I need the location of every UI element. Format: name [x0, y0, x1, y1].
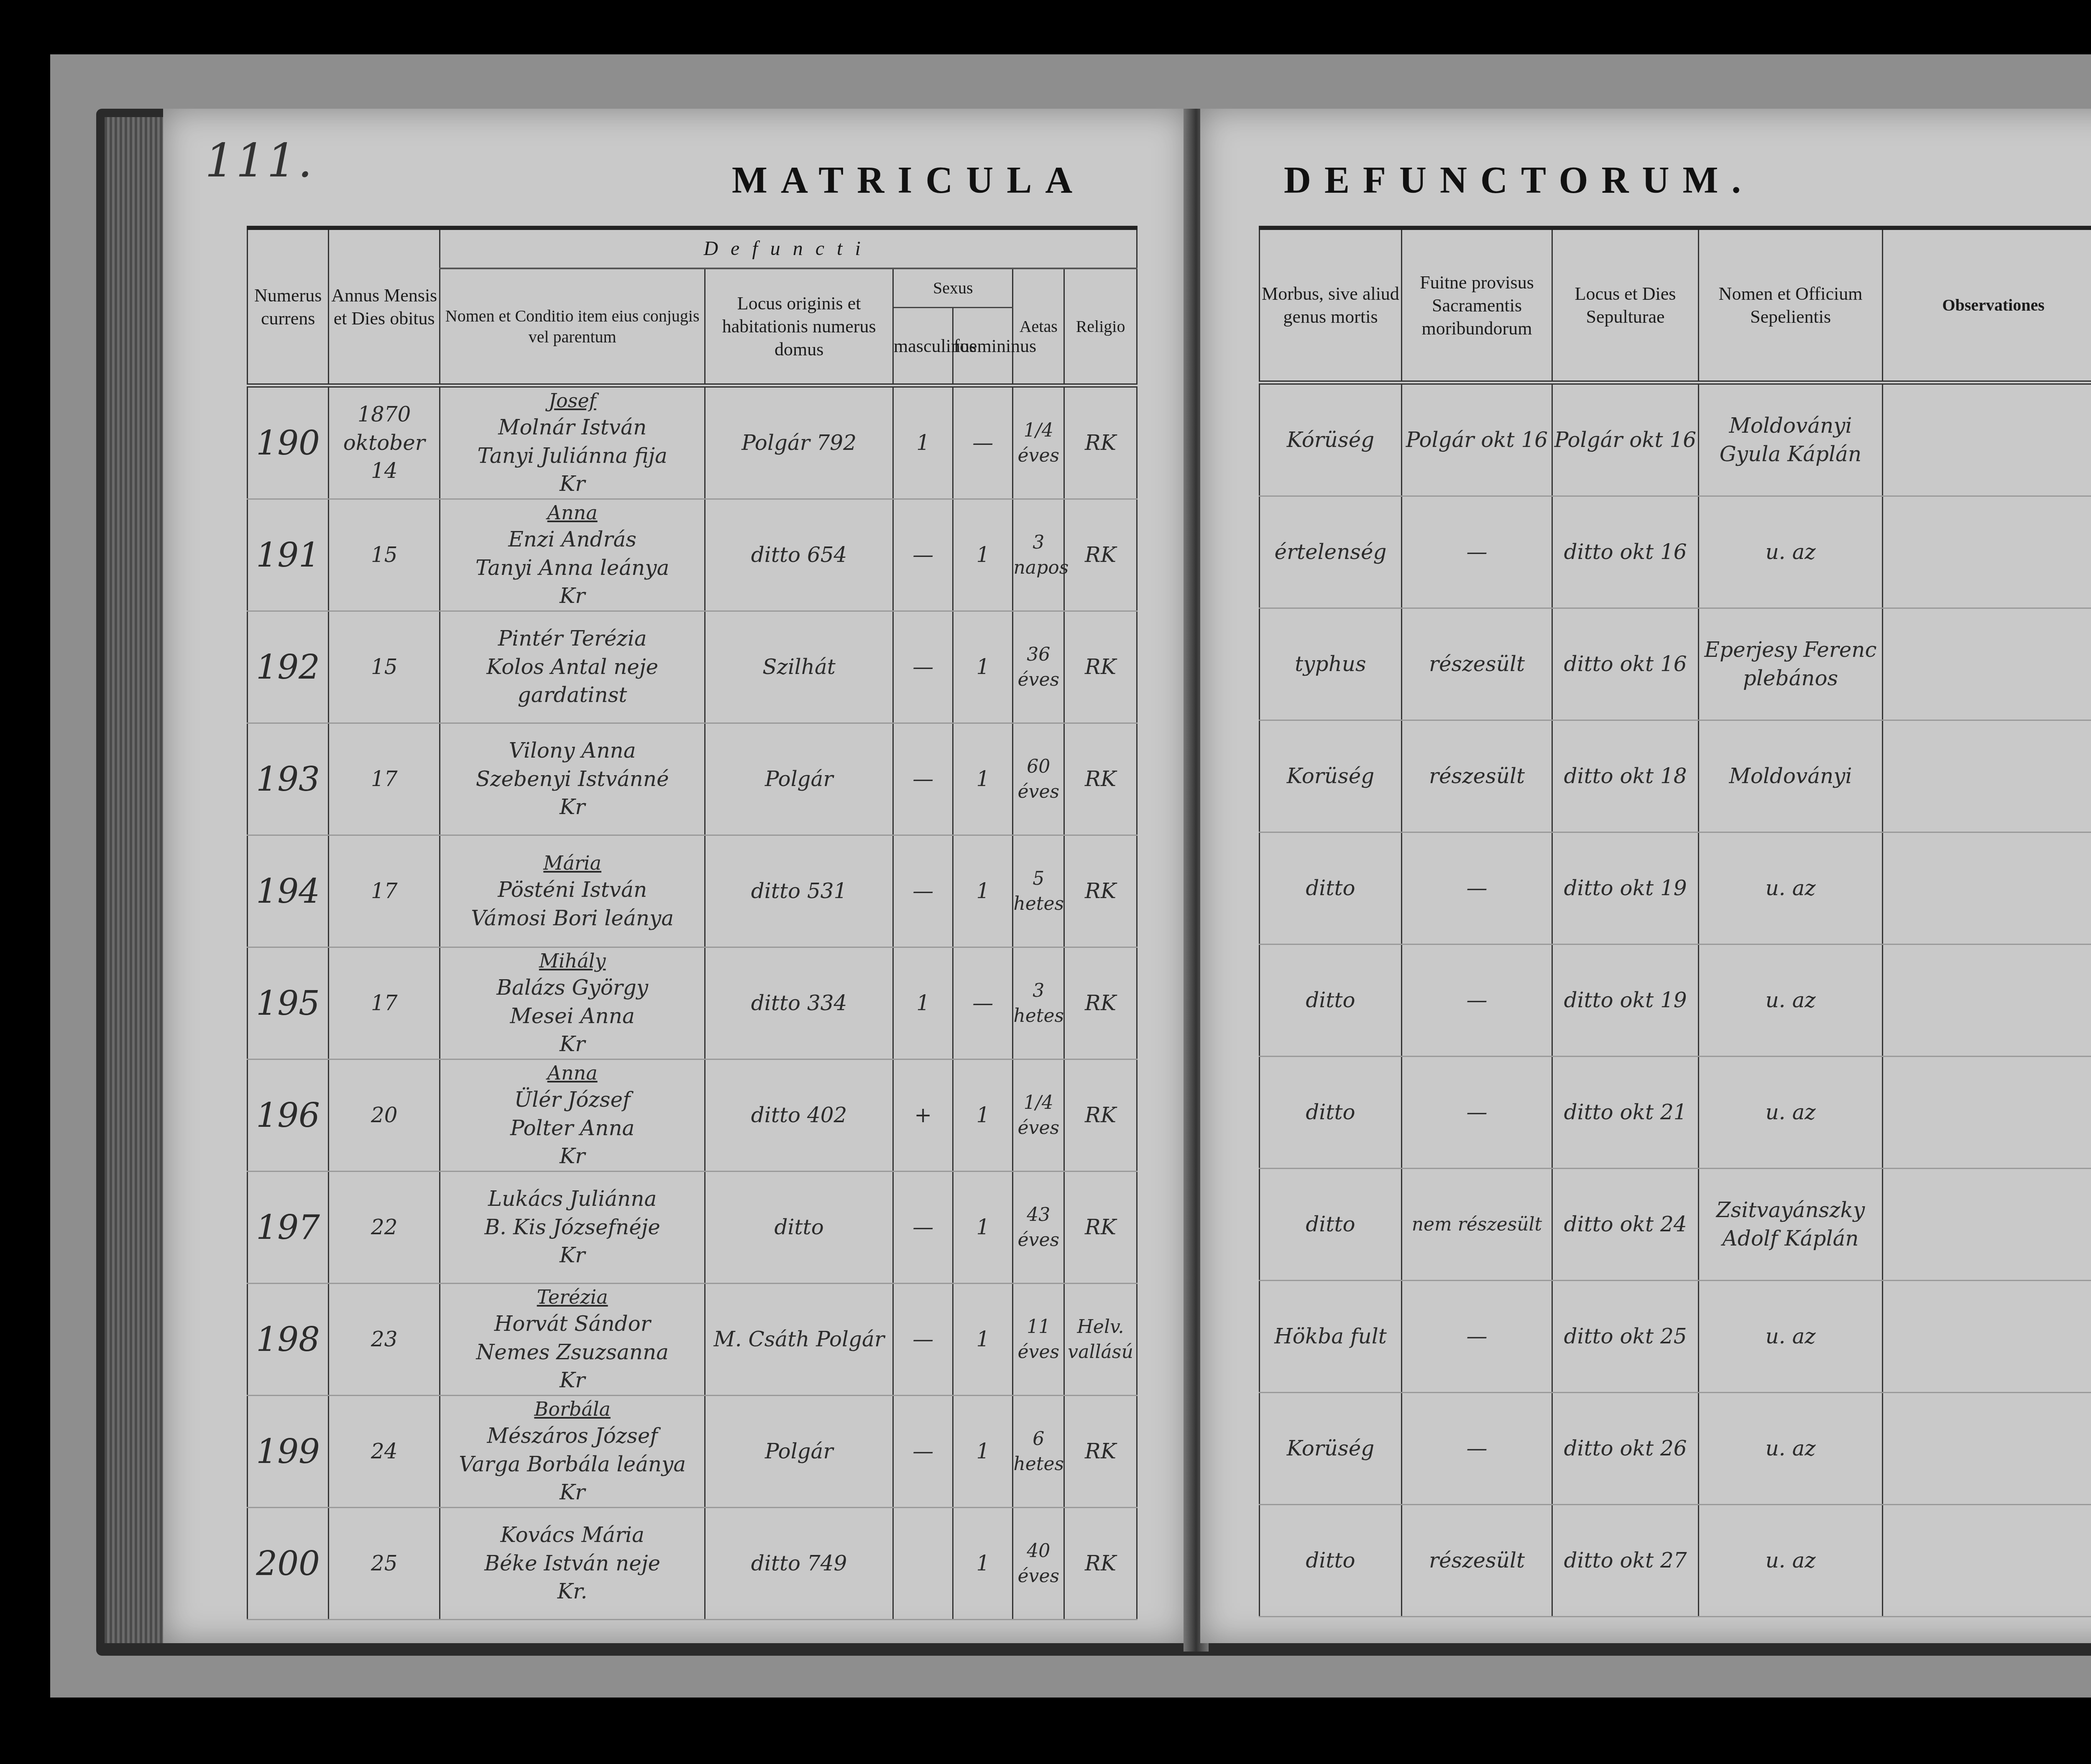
officiant: u. az [1699, 496, 1883, 608]
cause-of-death: ditto [1260, 832, 1402, 945]
cause-of-death: ditto [1260, 1505, 1402, 1617]
sex-female: 1 [953, 1508, 1013, 1620]
observations [1883, 945, 2091, 1057]
sex-male: — [893, 1172, 953, 1284]
col-header-numerus: Numerus currens [248, 228, 329, 385]
officiant: Moldoványi [1699, 720, 1883, 832]
death-date: 15 [329, 499, 440, 611]
deceased-name: TeréziaHorvát SándorNemes ZsuzsannaKr [440, 1284, 705, 1396]
age: 40 éves [1013, 1508, 1064, 1620]
religion: RK [1064, 1059, 1137, 1172]
register-table-right: Morbus, sive aliud genus mortis Fuitne p… [1259, 226, 2091, 1617]
age: 5 hetes [1013, 835, 1064, 947]
col-header-morbus: Morbus, sive aliud genus mortis [1260, 228, 1402, 383]
table-row: typhusrészesültditto okt 16Eperjesy Fere… [1260, 608, 2091, 720]
cause-of-death: értelenség [1260, 496, 1402, 608]
cause-of-death: Kórüség [1260, 383, 1402, 496]
locus: ditto 531 [705, 835, 893, 947]
deceased-name: Kovács MáriaBéke István nejeKr. [440, 1508, 705, 1620]
sacraments: nem részesült [1402, 1169, 1552, 1281]
observations [1883, 832, 2091, 945]
death-date: 17 [329, 835, 440, 947]
sex-female: 1 [953, 723, 1013, 835]
sex-male: — [893, 1396, 953, 1508]
row-number: 190 [248, 385, 329, 499]
sex-female: 1 [953, 1059, 1013, 1172]
observations [1883, 1505, 2091, 1617]
observations [1883, 1281, 2091, 1393]
age: 6 hetes [1013, 1396, 1064, 1508]
sex-female: 1 [953, 1284, 1013, 1396]
cause-of-death: ditto [1260, 1057, 1402, 1169]
deceased-name: Vilony AnnaSzebenyi IstvánnéKr [440, 723, 705, 835]
locus: ditto 334 [705, 947, 893, 1059]
age: 3 napos [1013, 499, 1064, 611]
age: 36 éves [1013, 611, 1064, 723]
sex-male: — [893, 611, 953, 723]
religion: RK [1064, 499, 1137, 611]
officiant: Moldoványi Gyula Káplán [1699, 383, 1883, 496]
row-number: 198 [248, 1284, 329, 1396]
table-row: dittonem részesültditto okt 24Zsitvayáns… [1260, 1169, 2091, 1281]
burial-place-date: ditto okt 16 [1552, 496, 1699, 608]
register-table-left: Numerus currens Annus Mensis et Dies obi… [247, 226, 1138, 1620]
sex-male: — [893, 1284, 953, 1396]
sacraments: — [1402, 1057, 1552, 1169]
table-row: 190 1870 oktober 14 JosefMolnár IstvánTa… [248, 385, 1137, 499]
col-header-name: Nomen et Conditio item eius conjugis vel… [440, 268, 705, 385]
sex-male: — [893, 723, 953, 835]
table-row: 199 24 BorbálaMészáros JózsefVarga Borbá… [248, 1396, 1137, 1508]
officiant: Eperjesy Ferenc plebános [1699, 608, 1883, 720]
sacraments: — [1402, 1281, 1552, 1393]
locus: Polgár [705, 1396, 893, 1508]
locus: Polgár [705, 723, 893, 835]
deceased-name: BorbálaMészáros JózsefVarga Borbála leán… [440, 1396, 705, 1508]
col-header-foemininus: foemininus [953, 308, 1013, 386]
locus: ditto 749 [705, 1508, 893, 1620]
table-row: Korüség—ditto okt 26u. az [1260, 1393, 2091, 1505]
col-header-date: Annus Mensis et Dies obitus [329, 228, 440, 385]
sex-male: + [893, 1059, 953, 1172]
locus: M. Csáth Polgár [705, 1284, 893, 1396]
religion: RK [1064, 1508, 1137, 1620]
sex-male: 1 [893, 947, 953, 1059]
row-number: 197 [248, 1172, 329, 1284]
right-page: DEFUNCTORUM. Morbus, sive aliud genus mo… [1200, 109, 2091, 1643]
table-row: ditto—ditto okt 19u. az [1260, 945, 2091, 1057]
cause-of-death: Korüség [1260, 720, 1402, 832]
table-row: dittorészesültditto okt 27u. az [1260, 1505, 2091, 1617]
locus: Polgár 792 [705, 385, 893, 499]
table-row: Korüségrészesültditto okt 18Moldoványi [1260, 720, 2091, 832]
sex-male [893, 1508, 953, 1620]
observations [1883, 1169, 2091, 1281]
age: 3 hetes [1013, 947, 1064, 1059]
burial-place-date: ditto okt 18 [1552, 720, 1699, 832]
sex-female: — [953, 385, 1013, 499]
sacraments: — [1402, 1393, 1552, 1505]
title-matricula: MATRICULA [732, 159, 1086, 202]
sacraments: — [1402, 496, 1552, 608]
page-edges-left [105, 117, 171, 1643]
table-row: 198 23 TeréziaHorvát SándorNemes Zsuzsan… [248, 1284, 1137, 1396]
religion: RK [1064, 723, 1137, 835]
sacraments: részesült [1402, 1505, 1552, 1617]
officiant: u. az [1699, 832, 1883, 945]
age: 60 éves [1013, 723, 1064, 835]
death-date: 15 [329, 611, 440, 723]
table-row: Hökba fult—ditto okt 25u. az [1260, 1281, 2091, 1393]
sex-female: 1 [953, 1396, 1013, 1508]
death-date: 1870 oktober 14 [329, 385, 440, 499]
religion: RK [1064, 611, 1137, 723]
religion: RK [1064, 947, 1137, 1059]
row-number: 199 [248, 1396, 329, 1508]
table-row: 200 25 Kovács MáriaBéke István nejeKr. d… [248, 1508, 1137, 1620]
deceased-name: Pintér TeréziaKolos Antal nejegardatinst [440, 611, 705, 723]
row-number: 195 [248, 947, 329, 1059]
row-number: 193 [248, 723, 329, 835]
col-header-locus: Locus originis et habitationis numerus d… [705, 268, 893, 385]
religion: RK [1064, 835, 1137, 947]
col-header-sexus: Sexus [893, 268, 1013, 308]
burial-place-date: ditto okt 26 [1552, 1393, 1699, 1505]
cause-of-death: ditto [1260, 1169, 1402, 1281]
locus: Szilhát [705, 611, 893, 723]
deceased-name: AnnaÜlér JózsefPolter AnnaKr [440, 1059, 705, 1172]
table-row: 193 17 Vilony AnnaSzebenyi IstvánnéKr Po… [248, 723, 1137, 835]
burial-place-date: ditto okt 21 [1552, 1057, 1699, 1169]
observations [1883, 720, 2091, 832]
age: 11 éves [1013, 1284, 1064, 1396]
deceased-name: AnnaEnzi AndrásTanyi Anna leányaKr [440, 499, 705, 611]
locus: ditto [705, 1172, 893, 1284]
sex-female: 1 [953, 611, 1013, 723]
row-number: 191 [248, 499, 329, 611]
observations [1883, 608, 2091, 720]
col-header-observationes: Observationes [1883, 228, 2091, 383]
burial-place-date: ditto okt 27 [1552, 1505, 1699, 1617]
col-header-sepeliens: Nomen et Officium Sepelientis [1699, 228, 1883, 383]
row-number: 192 [248, 611, 329, 723]
death-date: 25 [329, 1508, 440, 1620]
death-date: 17 [329, 723, 440, 835]
deceased-name: MáriaPösténi IstvánVámosi Bori leánya [440, 835, 705, 947]
sex-female: 1 [953, 1172, 1013, 1284]
table-row: 191 15 AnnaEnzi AndrásTanyi Anna leányaK… [248, 499, 1137, 611]
officiant: u. az [1699, 945, 1883, 1057]
deceased-name: MihályBalázs GyörgyMesei AnnaKr [440, 947, 705, 1059]
row-number: 200 [248, 1508, 329, 1620]
sacraments: — [1402, 832, 1552, 945]
col-header-sepultura: Locus et Dies Sepulturae [1552, 228, 1699, 383]
observations [1883, 383, 2091, 496]
deceased-name: Lukács JuliánnaB. Kis JózsefnéjeKr [440, 1172, 705, 1284]
death-date: 17 [329, 947, 440, 1059]
officiant: u. az [1699, 1505, 1883, 1617]
observations [1883, 1057, 2091, 1169]
table-row: ditto—ditto okt 19u. az [1260, 832, 2091, 945]
sex-male: — [893, 835, 953, 947]
officiant: u. az [1699, 1393, 1883, 1505]
sacraments: Polgár okt 16 [1402, 383, 1552, 496]
age: 1/4 éves [1013, 1059, 1064, 1172]
burial-place-date: Polgár okt 16 [1552, 383, 1699, 496]
religion: RK [1064, 385, 1137, 499]
cause-of-death: typhus [1260, 608, 1402, 720]
burial-place-date: ditto okt 25 [1552, 1281, 1699, 1393]
sex-female: 1 [953, 499, 1013, 611]
group-header-defuncti: Defuncti [440, 228, 1137, 268]
observations [1883, 1393, 2091, 1505]
locus: ditto 402 [705, 1059, 893, 1172]
burial-place-date: ditto okt 24 [1552, 1169, 1699, 1281]
religion: RK [1064, 1396, 1137, 1508]
cause-of-death: ditto [1260, 945, 1402, 1057]
burial-place-date: ditto okt 19 [1552, 945, 1699, 1057]
sex-female: — [953, 947, 1013, 1059]
table-row: KórüségPolgár okt 16Polgár okt 16Moldová… [1260, 383, 2091, 496]
officiant: Zsitvayánszky Adolf Káplán [1699, 1169, 1883, 1281]
officiant: u. az [1699, 1057, 1883, 1169]
deceased-name: JosefMolnár IstvánTanyi Juliánna fijaKr [440, 385, 705, 499]
title-defunctorum: DEFUNCTORUM. [1284, 159, 1754, 202]
cause-of-death: Korüség [1260, 1393, 1402, 1505]
row-number: 196 [248, 1059, 329, 1172]
death-date: 22 [329, 1172, 440, 1284]
death-date: 20 [329, 1059, 440, 1172]
age: 43 éves [1013, 1172, 1064, 1284]
table-row: 194 17 MáriaPösténi IstvánVámosi Bori le… [248, 835, 1137, 947]
page-number-annotation: 111. [205, 134, 314, 187]
religion: Helv. vallású [1064, 1284, 1137, 1396]
death-date: 24 [329, 1396, 440, 1508]
sacraments: részesült [1402, 720, 1552, 832]
locus: ditto 654 [705, 499, 893, 611]
table-row: 195 17 MihályBalázs GyörgyMesei AnnaKr d… [248, 947, 1137, 1059]
col-header-religio: Religio [1064, 268, 1137, 385]
observations [1883, 496, 2091, 608]
table-row: 196 20 AnnaÜlér JózsefPolter AnnaKr ditt… [248, 1059, 1137, 1172]
officiant: u. az [1699, 1281, 1883, 1393]
death-date: 23 [329, 1284, 440, 1396]
col-header-aetas: Aetas [1013, 268, 1064, 385]
table-row: 197 22 Lukács JuliánnaB. Kis JózsefnéjeK… [248, 1172, 1137, 1284]
left-page: 111. MATRICULA Numerus currens Annus Men… [163, 109, 1188, 1643]
burial-place-date: ditto okt 16 [1552, 608, 1699, 720]
sex-female: 1 [953, 835, 1013, 947]
table-row: 192 15 Pintér TeréziaKolos Antal nejegar… [248, 611, 1137, 723]
cause-of-death: Hökba fult [1260, 1281, 1402, 1393]
col-header-masculinus: masculinus [893, 308, 953, 386]
sacraments: részesült [1402, 608, 1552, 720]
table-row: ditto—ditto okt 21u. az [1260, 1057, 2091, 1169]
sex-male: — [893, 499, 953, 611]
burial-place-date: ditto okt 19 [1552, 832, 1699, 945]
age: 1/4 éves [1013, 385, 1064, 499]
sacraments: — [1402, 945, 1552, 1057]
sex-male: 1 [893, 385, 953, 499]
col-header-sacramentis: Fuitne provisus Sacramentis moribundorum [1402, 228, 1552, 383]
religion: RK [1064, 1172, 1137, 1284]
row-number: 194 [248, 835, 329, 947]
table-row: értelenség—ditto okt 16u. az [1260, 496, 2091, 608]
